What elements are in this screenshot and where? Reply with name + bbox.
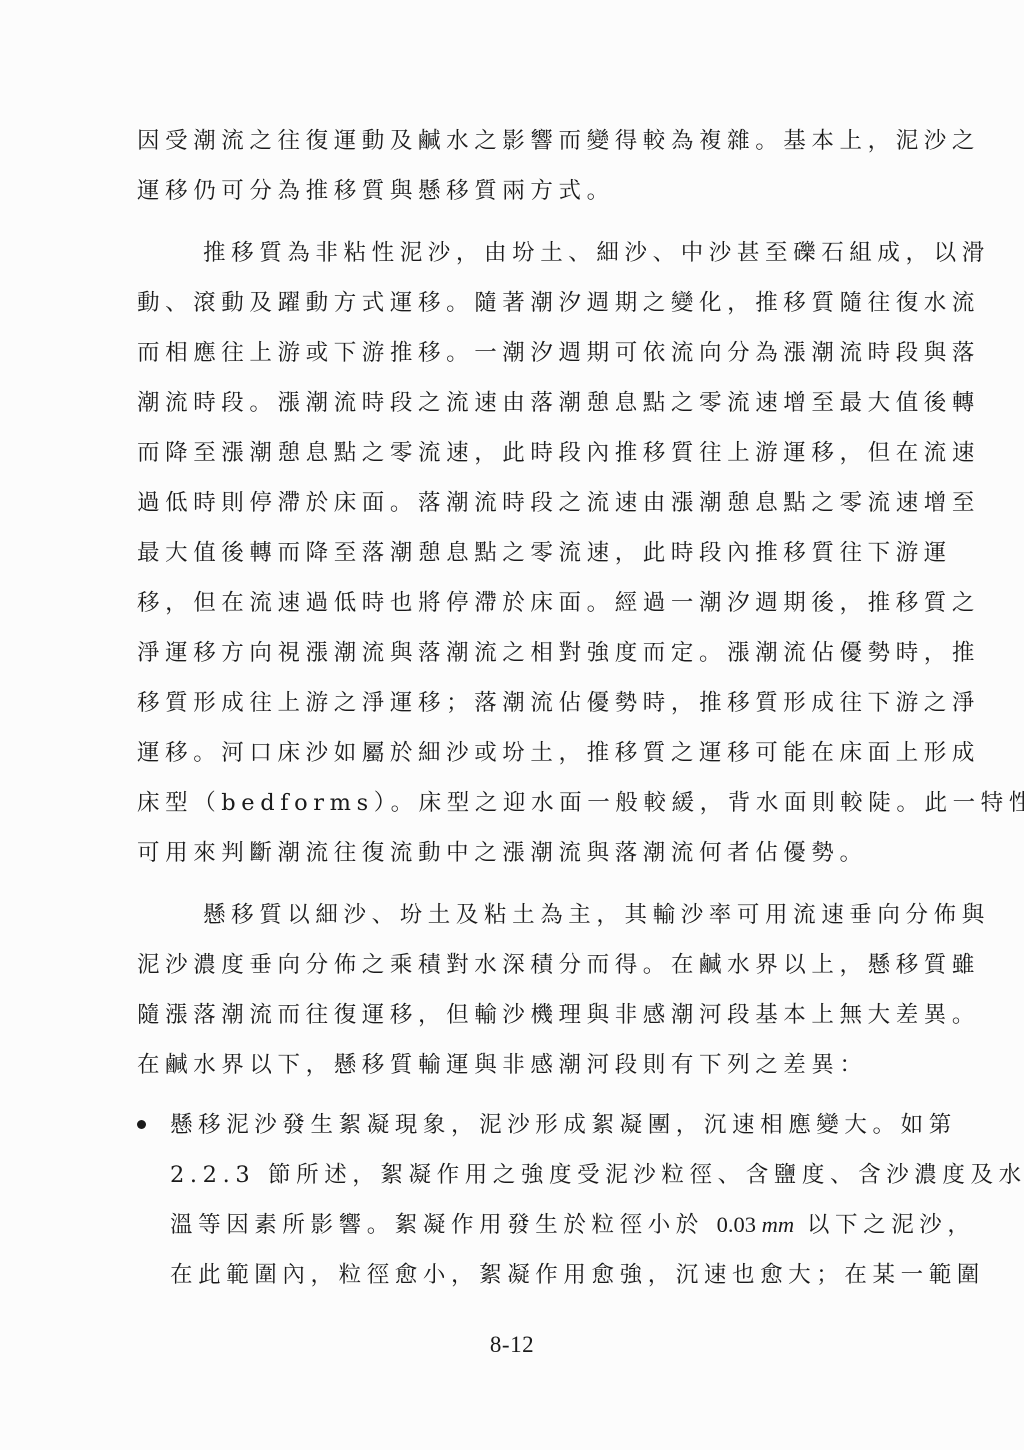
bullet-text-line: 懸移泥沙發生絮凝現象，泥沙形成絮凝團，沉速相應變大。如第 [170,1110,922,1140]
bullet-text-line: 2.2.3 節所述，絮凝作用之強度受泥沙粒徑、含鹽度、含沙濃度及水 [170,1160,922,1190]
text-line: 在鹹水界以下，懸移質輸運與非感潮河段則有下列之差異： [137,1050,922,1080]
text-line: 推移質為非粘性泥沙，由坋土、細沙、中沙甚至礫石組成，以滑 [203,238,922,268]
text-line: 泥沙濃度垂向分佈之乘積對水深積分而得。在鹹水界以上，懸移質雖 [137,950,922,980]
text-line: 運移仍可分為推移質與懸移質兩方式。 [137,176,922,206]
text-line: 淨運移方向視漲潮流與落潮流之相對強度而定。漲潮流佔優勢時，推 [137,638,922,668]
text-line: 運移。河口床沙如屬於細沙或坋土，推移質之運移可能在床面上形成 [137,738,922,768]
text-line: 床型（bedforms）。床型之迎水面一般較緩，背水面則較陡。此一特性 [137,788,922,818]
text-span: 以下之泥沙， [794,1212,975,1238]
text-line: 而降至漲潮憩息點之零流速，此時段內推移質往上游運移，但在流速 [137,438,922,468]
text-line: 可用來判斷潮流往復流動中之漲潮流與落潮流何者佔優勢。 [137,838,922,868]
text-line: 移質形成往上游之淨運移；落潮流佔優勢時，推移質形成往下游之淨 [137,688,922,718]
text-line: 因受潮流之往復運動及鹹水之影響而變得較為複雜。基本上，泥沙之 [137,126,922,156]
text-line: 而相應往上游或下游推移。一潮汐週期可依流向分為漲潮流時段與落 [137,338,922,368]
text-line: 最大值後轉而降至落潮憩息點之零流速，此時段內推移質往下游運 [137,538,922,568]
text-line: 過低時則停滯於床面。落潮流時段之流速由漲潮憩息點之零流速增至 [137,488,922,518]
text-line: 潮流時段。漲潮流時段之流速由落潮憩息點之零流速增至最大值後轉 [137,388,922,418]
unit-label: mm [762,1212,795,1237]
bullet-text-line: 在此範圍內，粒徑愈小，絮凝作用愈強，沉速也愈大；在某一範圍 [170,1260,922,1290]
text-line: 隨漲落潮流而往復運移，但輸沙機理與非感潮河段基本上無大差異。 [137,1000,922,1030]
bullet-dot-icon [137,1120,146,1129]
document-page: 因受潮流之往復運動及鹹水之影響而變得較為複雜。基本上，泥沙之 運移仍可分為推移質… [0,0,1024,1450]
text-span: 溫等因素所影響。絮凝作用發生於粒徑小於 [170,1212,717,1238]
bullet-text-line: 溫等因素所影響。絮凝作用發生於粒徑小於 0.03 mm 以下之泥沙， [170,1210,922,1240]
text-line: 懸移質以細沙、坋土及粘土為主，其輸沙率可用流速垂向分佈與 [203,900,922,930]
page-number: 8-12 [0,1332,1024,1358]
number-value: 0.03 [717,1212,762,1237]
text-line: 移，但在流速過低時也將停滯於床面。經過一潮汐週期後，推移質之 [137,588,922,618]
text-line: 動、滾動及躍動方式運移。隨著潮汐週期之變化，推移質隨往復水流 [137,288,922,318]
